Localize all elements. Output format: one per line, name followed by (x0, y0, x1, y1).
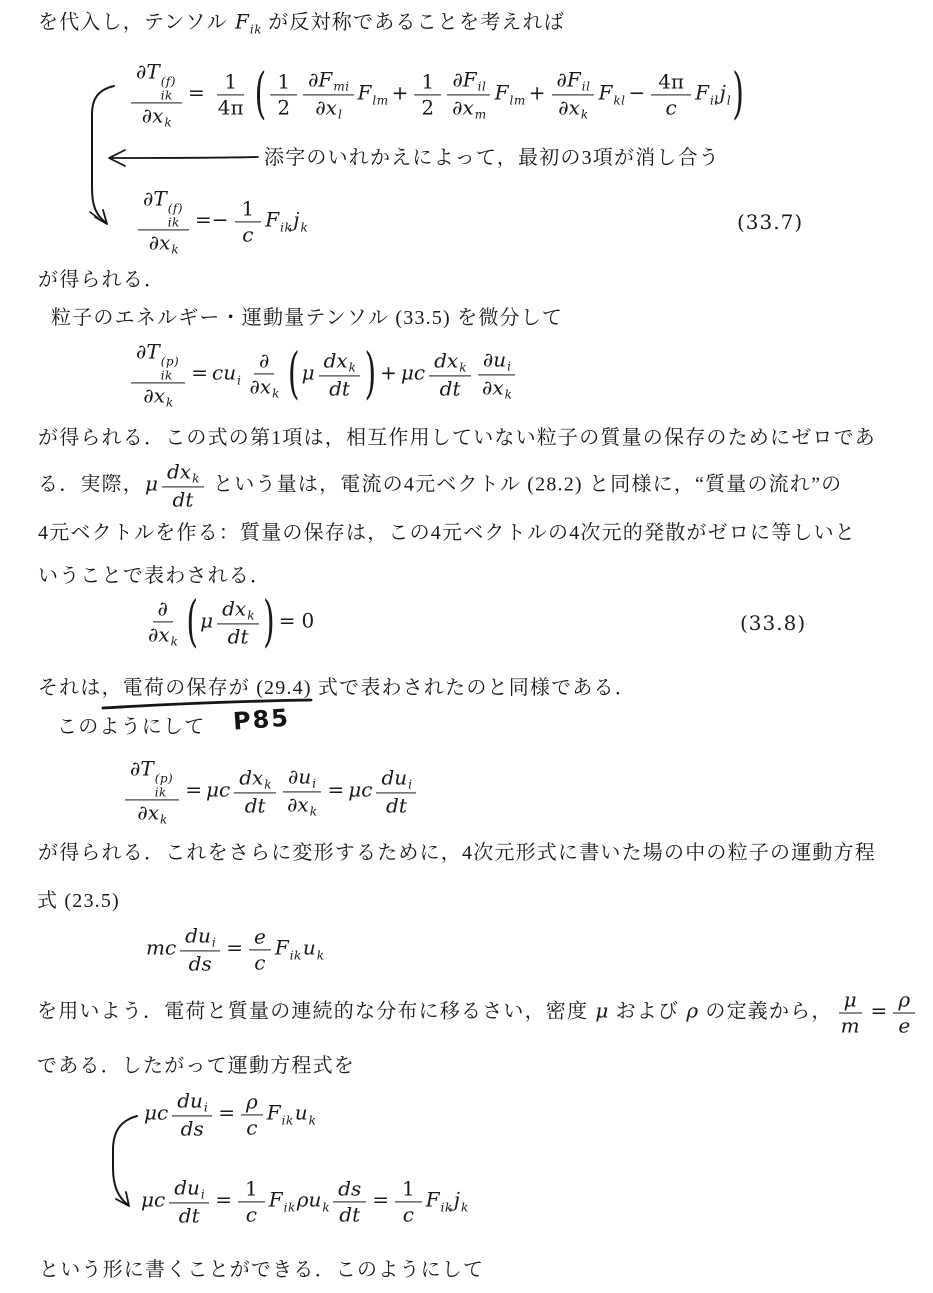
paragraph3-line2: である．したがって運動方程式を (37, 1054, 355, 1078)
text-closing-line: という形に書くことができる．このようにして (39, 1258, 484, 1282)
handwritten-index-swap-note: 添字のいれかえによって，最初の3項が消し合う (264, 146, 720, 170)
handwritten-annotation-arrow (109, 150, 258, 166)
intro-text-line: を代入し，テンソル Fik が反対称であることを考えれば (38, 9, 565, 36)
handwritten-page-ref: P85 (232, 704, 291, 737)
handwritten-arrow-eq1-to-eq2 (90, 86, 114, 224)
equation-particle-divergence: ∂T(p)ik∂xk=cui∂∂xk(μdxkdt)+μcdxkdt∂ui∂xk (128, 340, 519, 409)
equation-33-8: ∂∂xk(μdxkdt)=0 (140, 597, 317, 648)
paragraph2-line1: が得られる．これをさらに変形するために，4次元形式に書いた場の中の粒子の運動方程 (38, 841, 876, 865)
equation-motion-continuous-t: μcduidt=1cFikρukdsdt=1cFikjk (140, 1176, 469, 1227)
equation-field-divergence-expanded: ∂T(f)ik∂xk=14π(12∂Fmi∂xlFlm+12∂Fil∂xmFlm… (128, 60, 745, 129)
scanned-textbook-page: を代入し，テンソル Fik が反対称であることを考えれば ∂T(f)ik∂xk=… (0, 0, 933, 1293)
text-obtained-1: が得られる． (38, 268, 165, 292)
equation-motion-continuous-s: μcduids=ρcFikuk (143, 1089, 316, 1140)
equation-33-7: ∂T(f)ik∂xk=−1cFikjk (135, 187, 308, 256)
text-charge-conservation-note: それは，電荷の保存が (29.4) 式で表わされたのと同様である． (38, 676, 636, 700)
equation-number-33-7: (33.7) (737, 210, 803, 234)
paragraph3-line1: を用いよう．電荷と質量の連続的な分布に移るさい，密度 μ および ρ の定義から… (37, 989, 918, 1038)
paragraph1-line3: 4元ベクトルを作る：質量の保存は，この4元ベクトルの4次元的発散がゼロに等しいと (38, 521, 856, 545)
paragraph1-line1: が得られる．この式の第1項は，相互作用していない粒子の質量の保存のためにゼロであ (38, 426, 876, 450)
text-thus-1: このようにして (57, 715, 205, 739)
equation-number-33-8: (33.8) (740, 611, 806, 635)
paragraph1-line2: る．実際，μdxkdt という量は，電流の4元ベクトル (28.2) と同様に，… (38, 460, 842, 511)
handwritten-arrow-eq7-to-eq8 (113, 1116, 137, 1206)
paragraph1-line4: いうことで表わされる． (38, 564, 271, 588)
text-particle-tensor-intro: 粒子のエネルギー・運動量テンソル (33.5) を微分して (51, 306, 563, 330)
paragraph2-line2: 式 (23.5) (37, 889, 120, 913)
equation-particle-divergence-result: ∂T(p)ik∂xk=μcdxkdt∂ui∂xk=μcduidt (122, 757, 419, 826)
equation-23-5-motion: mcduids=ecFikuk (145, 924, 324, 975)
